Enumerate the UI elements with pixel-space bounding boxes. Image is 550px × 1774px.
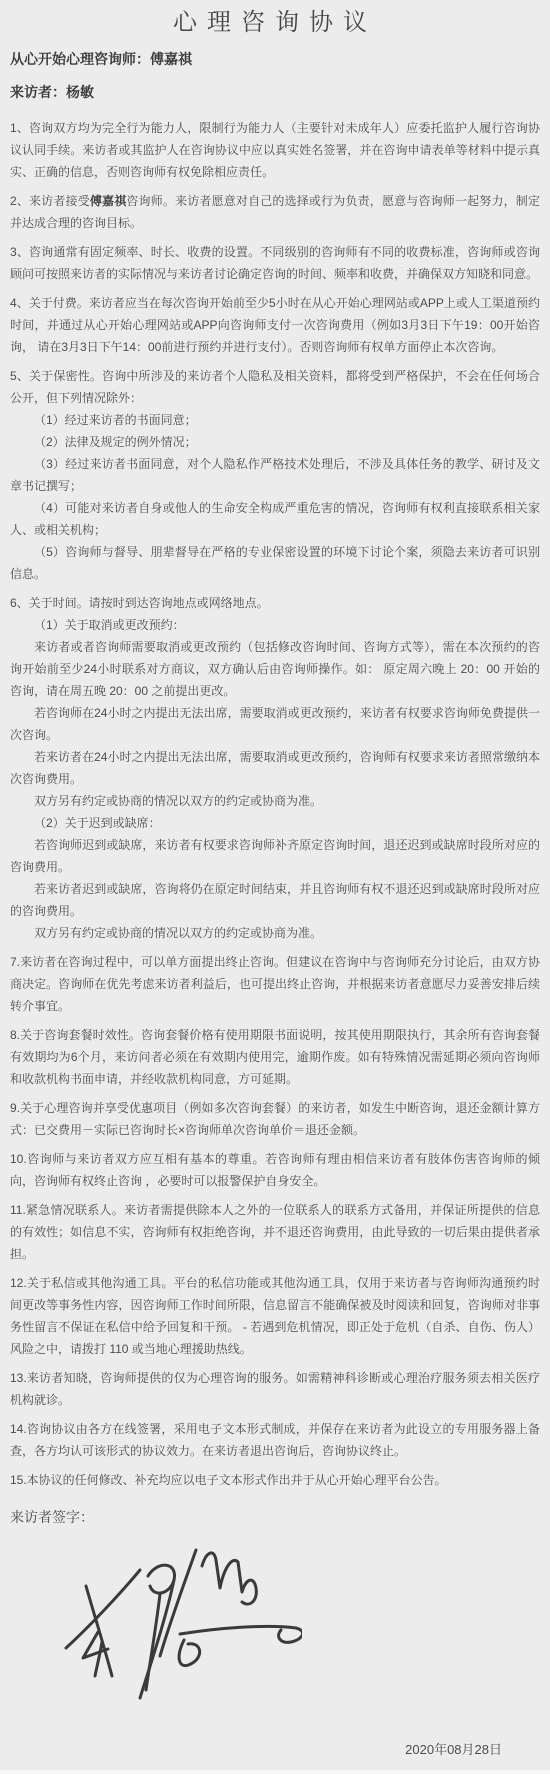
agreement-paragraph: 11.紧急情况联系人。来访者需提供除本人之外的一位联系人的联系方式备用，并保证所… — [10, 1199, 540, 1265]
agreement-paragraph: 13.来访者知晓，咨询师提供的仅为心理咨询的服务。如需精神科诊断或心理治疗服务须… — [10, 1367, 540, 1411]
counselor-line: 从心开始心理咨询师：傅嘉祺 — [10, 51, 540, 68]
agreement-paragraph: 来访者或者咨询师需要取消或更改预约（包括修改咨询时间、咨询方式等），需在本次预约… — [10, 636, 540, 702]
agreement-paragraph: 10.咨询师与来访者双方应互相有基本的尊重。若咨询师有理由相信来访者有肢体伤害咨… — [10, 1148, 540, 1192]
signature-scribble-icon — [62, 1544, 302, 1716]
page-title: 心理咨询协议 — [10, 8, 540, 37]
agreement-body: 1、咨询双方均为完全行为能力人，限制行为能力人（主要针对未成年人）应委托监护人履… — [10, 117, 540, 1491]
agreement-paragraph: 双方另有约定或协商的情况以双方的约定或协商为准。 — [10, 790, 540, 812]
agreement-paragraph: 若来访者在24小时之内提出无法出席，需要取消或更改预约，咨询师有权要求来访者照常… — [10, 746, 540, 790]
agreement-paragraph: 9.关于心理咨询并享受优惠项目（例如多次咨询套餐）的来访者，如发生中断咨询，退还… — [10, 1097, 540, 1141]
signature-label: 来访者签字： — [10, 1509, 540, 1526]
agreement-paragraph: （2）关于迟到或缺席： — [10, 812, 540, 834]
signature-date: 2020年08月28日 — [10, 1742, 540, 1758]
agreement-paragraph: 若咨询师迟到或缺席，来访者有权要求咨询师补齐原定咨询时间，退还迟到或缺席时段所对… — [10, 834, 540, 878]
counselor-label: 从心开始心理咨询师： — [10, 51, 150, 67]
agreement-paragraph: 4、关于付费。来访者应当在每次咨询开始前至少5小时在从心开始心理网站或APP上或… — [10, 292, 540, 358]
visitor-line: 来访者：杨敏 — [10, 84, 540, 101]
agreement-paragraph: 15.本协议的任何修改、补充均应以电子文本形式作出并于从心开始心理平台公告。 — [10, 1469, 540, 1491]
visitor-label: 来访者： — [10, 84, 66, 100]
agreement-paragraph: 7.来访者在咨询过程中，可以单方面提出终止咨询。但建议在咨询中与咨询师充分讨论后… — [10, 951, 540, 1017]
agreement-paragraph: 若来访者迟到或缺席，咨询将仍在原定时间结束，并且咨询师有权不退还迟到或缺席时段所… — [10, 878, 540, 922]
agreement-paragraph: （4）可能对来访者自身或他人的生命安全构成严重危害的情况，咨询师有权利直接联系相… — [10, 497, 540, 541]
agreement-paragraph: 8.关于咨询套餐时效性。咨询套餐价格有使用期限书面说明，按其使用期限执行，其余所… — [10, 1024, 540, 1090]
bottom-edge-strip — [0, 1770, 550, 1774]
agreement-paragraph: （1）关于取消或更改预约： — [10, 614, 540, 636]
agreement-paragraph: 12.关于私信或其他沟通工具。平台的私信功能或其他沟通工具，仅用于来访者与咨询师… — [10, 1272, 540, 1360]
agreement-paragraph: 14.咨询协议由各方在线签署，采用电子文本形式制成，并保存在来访者为此设立的专用… — [10, 1418, 540, 1462]
agreement-paragraph: （1）经过来访者的书面同意； — [10, 409, 540, 431]
agreement-document: 心理咨询协议 从心开始心理咨询师：傅嘉祺 来访者：杨敏 1、咨询双方均为完全行为… — [0, 0, 550, 1774]
agreement-paragraph: 6、关于时间。请按时到达咨询地点或网络地点。 — [10, 592, 540, 614]
visitor-signature — [62, 1544, 302, 1716]
visitor-name: 杨敏 — [66, 84, 94, 100]
agreement-paragraph: 5、关于保密性。咨询中所涉及的来访者个人隐私及相关资料，都将受到严格保护，不会在… — [10, 365, 540, 409]
agreement-paragraph: 3、咨询通常有固定频率、时长、收费的设置。不同级别的咨询师有不同的收费标准，咨询… — [10, 241, 540, 285]
agreement-paragraph: 2、来访者接受傅嘉祺咨询师。来访者愿意对自己的选择或行为负责，愿意与咨询师一起努… — [10, 190, 540, 234]
counselor-name: 傅嘉祺 — [150, 51, 192, 67]
agreement-paragraph: （2）法律及规定的例外情况； — [10, 431, 540, 453]
agreement-paragraph: 若咨询师在24小时之内提出无法出席，需要取消或更改预约，来访者有权要求咨询师免费… — [10, 702, 540, 746]
agreement-paragraph: （3）经过来访者书面同意，对个人隐私作严格技术处理后，不涉及具体任务的教学、研讨… — [10, 453, 540, 497]
agreement-paragraph: 双方另有约定或协商的情况以双方的约定或协商为准。 — [10, 922, 540, 944]
agreement-paragraph: （5）咨询师与督导、朋辈督导在严格的专业保密设置的环境下讨论个案，须隐去来访者可… — [10, 541, 540, 585]
agreement-paragraph: 1、咨询双方均为完全行为能力人，限制行为能力人（主要针对未成年人）应委托监护人履… — [10, 117, 540, 183]
